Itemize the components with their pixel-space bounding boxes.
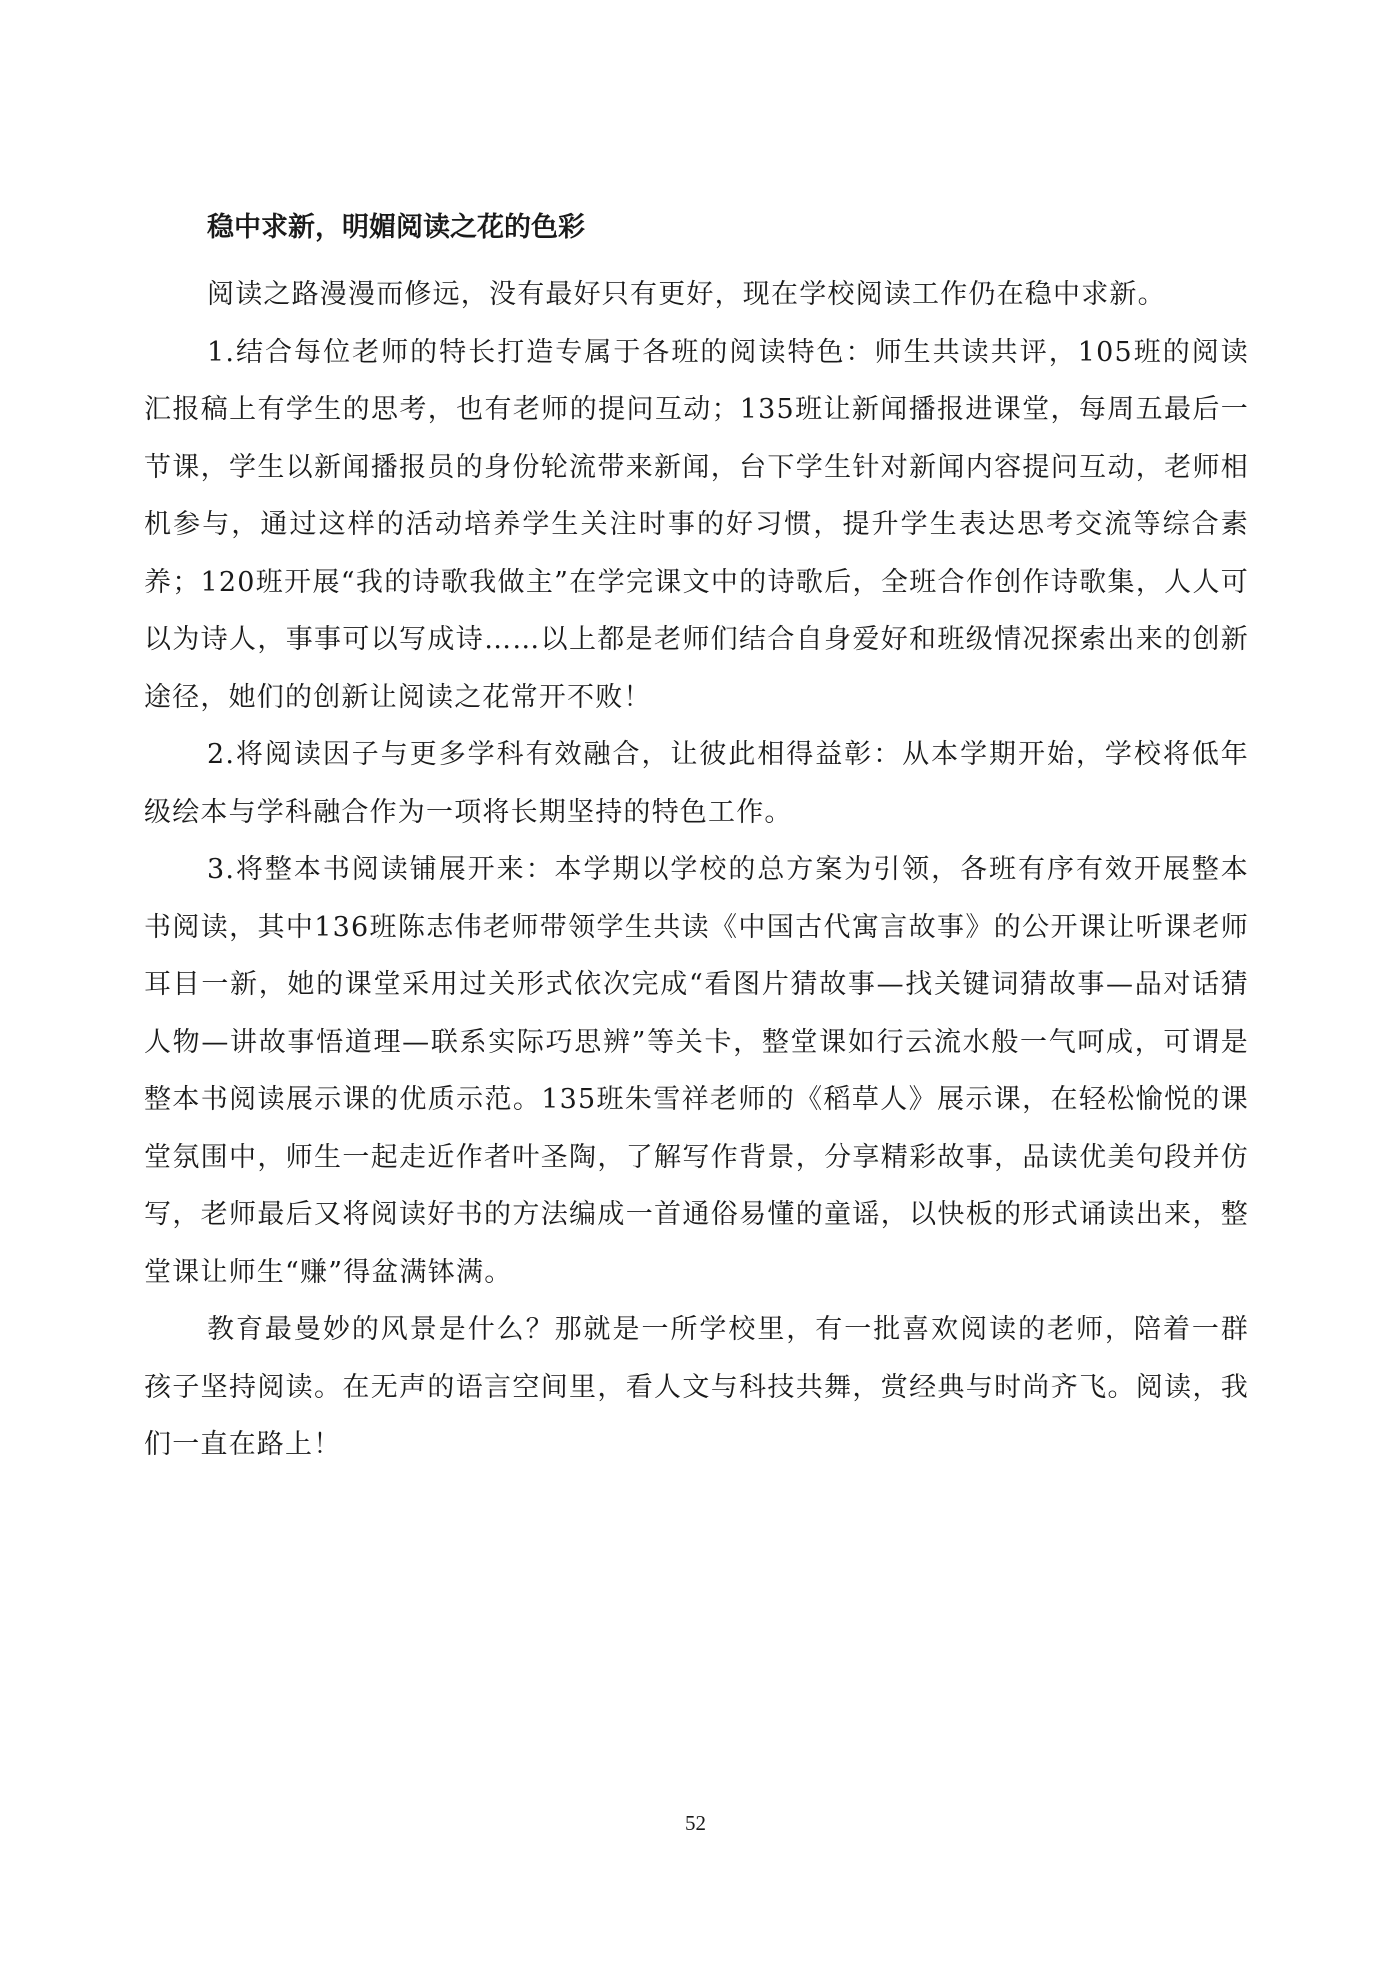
paragraph-conclusion: 教育最曼妙的风景是什么？那就是一所学校里，有一批喜欢阅读的老师，陪着一群孩子坚持… — [144, 1301, 1249, 1474]
paragraph-item-2: 2.将阅读因子与更多学科有效融合，让彼此相得益彰：从本学期开始，学校将低年级绘本… — [144, 726, 1249, 841]
section-heading: 稳中求新，明媚阅读之花的色彩 — [144, 210, 1249, 246]
paragraph-item-1: 1.结合每位老师的特长打造专属于各班的阅读特色：师生共读共评，105班的阅读汇报… — [144, 324, 1249, 727]
page-number: 52 — [0, 1811, 1391, 1836]
paragraph-intro: 阅读之路漫漫而修远，没有最好只有更好，现在学校阅读工作仍在稳中求新。 — [144, 266, 1249, 324]
document-page: 稳中求新，明媚阅读之花的色彩 阅读之路漫漫而修远，没有最好只有更好，现在学校阅读… — [144, 210, 1249, 1474]
paragraph-item-3: 3.将整本书阅读铺展开来：本学期以学校的总方案为引领，各班有序有效开展整本书阅读… — [144, 841, 1249, 1301]
